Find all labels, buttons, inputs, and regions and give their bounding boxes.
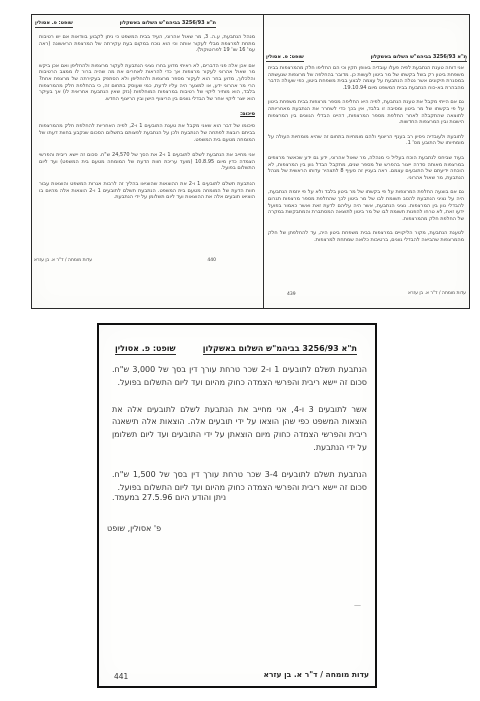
scan-artifact-dash: — bbox=[354, 601, 361, 609]
page-441-body: הנתבעת תשלם לתובעים 1 ו-2 שכר טרחת עורך … bbox=[112, 364, 367, 508]
paragraph: הנתבעת תשלם לתובעים 3-4 שכר טרחת עורך די… bbox=[112, 469, 367, 495]
date-line-text: ניתן והודע היום 27.5.96 במעמד. bbox=[112, 493, 226, 502]
page-440: ת"א 3256/93 בביהמ"ש השלום באשקלון שופט: … bbox=[32, 15, 263, 308]
judge-label: שופט: פ. אסולין bbox=[35, 20, 73, 28]
paragraph: אני מחייב את הנתבעת לשלם לתובעים 1 ו-2 א… bbox=[39, 152, 255, 172]
page-440-header: ת"א 3256/93 בביהמ"ש השלום באשקלון שופט: … bbox=[35, 20, 216, 28]
page-440-body: מנהל הנתבעת, ע.ה. 3, מר שאול אהרוני, העי… bbox=[39, 34, 255, 210]
case-title: ת"א 3256/93 בביהמ"ש השלום באשקלון bbox=[203, 344, 357, 355]
page-441-header: ת"א 3256/93 בביהמ"ש השלום באשקלון שופט: … bbox=[115, 344, 357, 355]
paragraph: הנתבעת תשלם לתובעים 1 ו-2 שכר טרחת עורך … bbox=[112, 364, 367, 390]
page-439: ז ת"א 3256/93 בביהמ"ש השלום באשקלון שופט… bbox=[264, 15, 469, 308]
paragraph: אם אכן אלה פני הדברים, לא ראיתי מדוע בחר… bbox=[39, 63, 255, 103]
top-scan-spread: ת"א 3256/93 בביהמ"ש השלום באשקלון שופט: … bbox=[31, 14, 470, 309]
paragraph: לטענת הנתבעת, מקור הליקויים במרצפות בבית… bbox=[268, 230, 464, 243]
judge-signature: פ' אסולין, שופט bbox=[107, 524, 161, 533]
case-title: ת"א 3256/93 בביהמ"ש השלום באשקלון bbox=[120, 20, 216, 28]
paragraph: אני דוחה טענת הנתבעת לפיה פעלו עובדיה בא… bbox=[268, 65, 464, 91]
paragraph: הנתבעת תשלם לתובעים 1 ו-2 את ההוצאות שהו… bbox=[39, 181, 255, 201]
page-number: 440 bbox=[207, 258, 216, 263]
page-number: 441 bbox=[114, 672, 128, 681]
paragraph: גם אם הייתי מקבל את טענת הנתבעת, לפיה הי… bbox=[268, 99, 464, 125]
date-line: ניתן והודע היום 27.5.96 במעמד. bbox=[112, 493, 353, 502]
judge-label: שופט: פ. אסולין bbox=[115, 344, 176, 355]
paragraph: מנהל הנתבעת, ע.ה. 3, מר שאול אהרוני, העי… bbox=[39, 34, 255, 54]
footer-credit: עדות מומחה / ד"ר א. בן עזרא bbox=[263, 670, 369, 679]
page-number: 439 bbox=[287, 292, 296, 297]
paragraph: אשר לתובעים 3 ו-4, אני מחייב את הנתבעת ל… bbox=[112, 404, 367, 455]
paragraph: בעוד שביחס לנתבעת הוכח בעליל כי מנהלה, מ… bbox=[268, 155, 464, 181]
page-441: ת"א 3256/93 בביהמ"ש השלום באשקלון שופט: … bbox=[97, 323, 377, 688]
paragraph: גם אם בוצעה החלפת המרצפות על פי בקשתו של… bbox=[268, 189, 464, 222]
section-heading: סיכום: bbox=[39, 111, 255, 117]
judge-label: שופט: פ. אסולין bbox=[266, 54, 304, 62]
scanned-court-document: { "doc": { "case_title": "ת\"א 3256/93 ב… bbox=[0, 0, 480, 701]
paragraph: סיכומו של דבר הוא שאני מקבל את טענת התוב… bbox=[39, 123, 255, 143]
footer-credit: עדות מומחה / ד"ר א. בן עזרא bbox=[408, 291, 466, 296]
paragraph: לתובעת ולעובדיה ניסיון רב בענף הריצוף ול… bbox=[268, 134, 464, 147]
case-title: ת"א 3256/93 בביהמ"ש השלום באשקלון bbox=[371, 54, 467, 62]
footer-credit: עדות מומחה / ד"ר א. בן עזרא bbox=[34, 258, 92, 263]
page-439-header: ת"א 3256/93 בביהמ"ש השלום באשקלון שופט: … bbox=[266, 54, 467, 62]
page-439-body: אני דוחה טענת הנתבעת לפיה פעלו עובדיה בא… bbox=[268, 65, 464, 251]
